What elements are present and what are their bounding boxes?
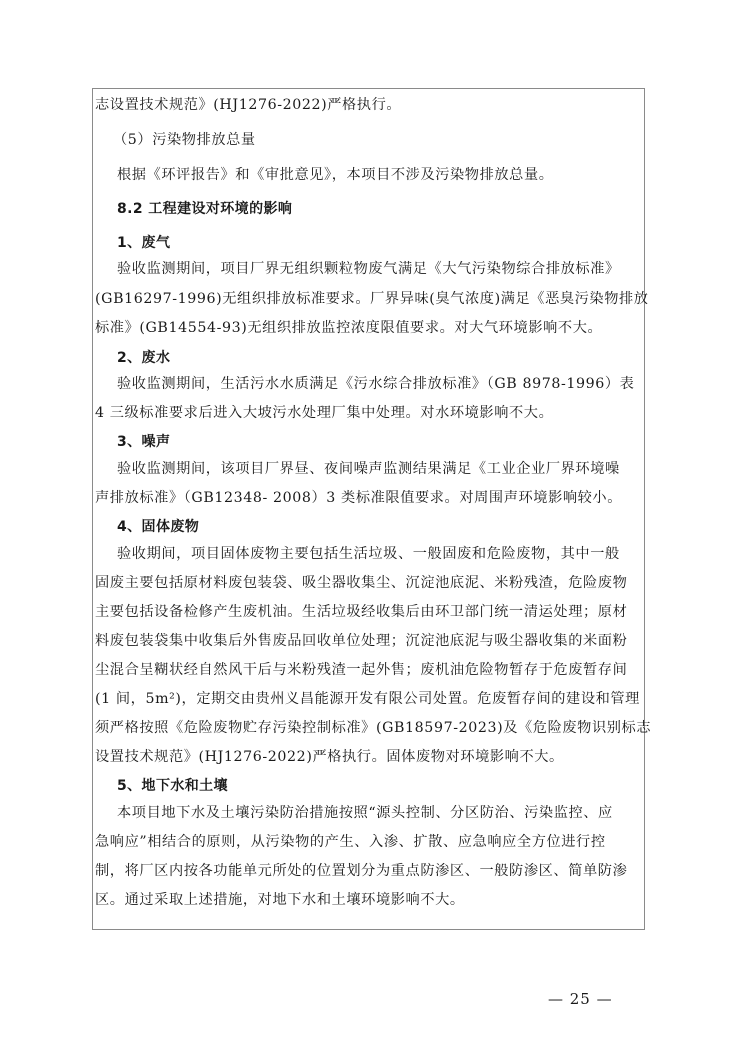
content-frame: 志设置技术规范》(HJ1276-2022)严格执行。（5）污染物排放总量根据《环…	[92, 88, 645, 930]
paragraph-line: 验收期间，项目固体废物主要包括生活垃圾、一般固废和危险废物，其中一般	[117, 544, 620, 564]
page-number: — 25 —	[548, 990, 613, 1008]
paragraph-line: （5）污染物排放总量	[113, 130, 256, 150]
paragraph-line: 主要包括设备检修产生废机油。生活垃圾经收集后由环卫部门统一清运处理；原材	[95, 602, 627, 622]
section-heading: 2、废水	[117, 348, 170, 368]
section-heading: 4、固体废物	[117, 517, 199, 537]
paragraph-line: 4 三级标准要求后进入大坡污水处理厂集中处理。对水环境影响不大。	[95, 403, 553, 423]
paragraph-line: (1 间，5m²)，定期交由贵州义昌能源开发有限公司处置。危废暂存间的建设和管理	[95, 689, 640, 709]
section-heading: 8.2 工程建设对环境的影响	[117, 199, 292, 219]
paragraph-line: 根据《环评报告》和《审批意见》，本项目不涉及污染物排放总量。	[117, 165, 554, 185]
paragraph-line: 料废包装袋集中收集后外售废品回收单位处理；沉淀池底泥与吸尘器收集的米面粉	[95, 631, 627, 651]
paragraph-line: 验收监测期间，项目厂界无组织颗粒物废气满足《大气污染物综合排放标准》	[117, 259, 620, 279]
paragraph-line: 验收监测期间，该项目厂界昼、夜间噪声监测结果满足《工业企业厂界环境噪	[117, 459, 620, 479]
section-heading: 3、噪声	[117, 432, 170, 452]
paragraph-line: 急响应”相结合的原则，从污染物的产生、入渗、扩散、应急响应全方位进行控	[95, 832, 606, 852]
paragraph-line: 固废主要包括原材料废包装袋、吸尘器收集尘、沉淀池底泥、米粉残渣，危险废物	[95, 573, 627, 593]
paragraph-line: 志设置技术规范》(HJ1276-2022)严格执行。	[95, 95, 401, 115]
paragraph-line: 制，将厂区内按各功能单元所处的位置划分为重点防渗区、一般防渗区、简单防渗	[95, 861, 627, 881]
paragraph-line: (GB16297-1996)无组织排放标准要求。厂界异味(臭气浓度)满足《恶臭污…	[95, 289, 649, 309]
paragraph-line: 设置技术规范》(HJ1276-2022)严格执行。固体废物对环境影响不大。	[95, 747, 564, 767]
paragraph-line: 区。通过采取上述措施，对地下水和土壤环境影响不大。	[95, 890, 465, 910]
paragraph-line: 尘混合呈糊状经自然风干后与米粉残渣一起外售；废机油危险物暂存于危废暂存间	[95, 660, 627, 680]
paragraph-line: 本项目地下水及土壤污染防治措施按照“源头控制、分区防治、污染监控、应	[117, 803, 613, 823]
paragraph-line: 须严格按照《危险废物贮存污染控制标准》(GB18597-2023)及《危险废物识…	[95, 718, 651, 738]
section-heading: 1、废气	[117, 233, 170, 253]
paragraph-line: 验收监测期间，生活污水水质满足《污水综合排放标准》（GB 8978-1996）表	[117, 374, 634, 394]
paragraph-line: 标准》(GB14554-93)无组织排放监控浓度限值要求。对大气环境影响不大。	[95, 318, 602, 338]
paragraph-line: 声排放标准》（GB12348- 2008）3 类标准限值要求。对周围声环境影响较…	[95, 488, 622, 508]
section-heading: 5、地下水和土壤	[117, 776, 228, 796]
